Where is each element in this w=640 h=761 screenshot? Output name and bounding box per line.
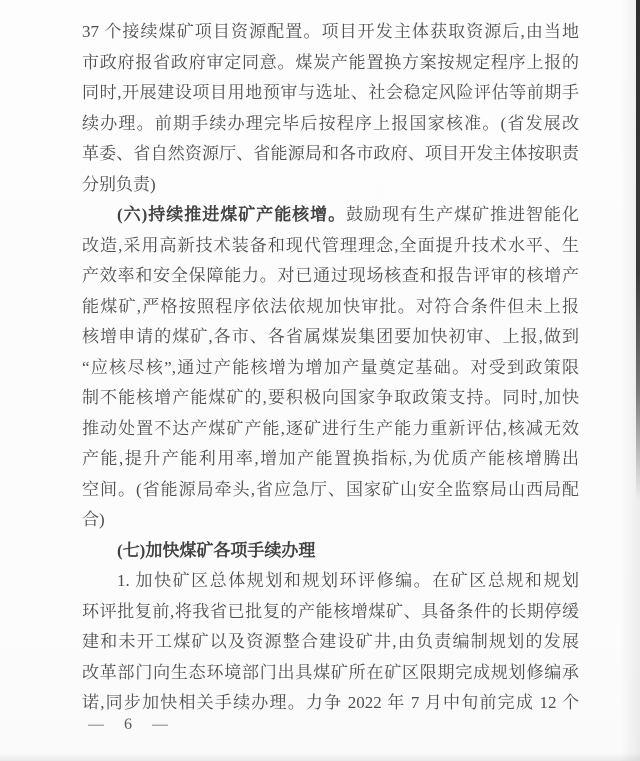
line-text: 能煤矿,严格按照程序依法依规加快审批。对符合条件但未上报: [82, 297, 579, 316]
text-line: 1. 加快矿区总体规划和规划环评修编。在矿区总规和规划: [82, 566, 579, 597]
text-line: 建和未开工煤矿以及资源整合建设矿井,由负责编制规划的发展: [82, 627, 579, 658]
line-text: 制不能核增产能煤矿的,要积极向国家争取政策支持。同时,加快: [82, 388, 579, 407]
text-line: 空间。(省能源局牵头,省应急厅、国家矿山安全监察局山西局配: [82, 475, 579, 506]
line-text: 合): [82, 510, 105, 529]
line-text: 推动处置不达产煤矿产能,逐矿进行生产能力重新评估,核减无效: [82, 419, 579, 438]
text-line: 产效率和安全保障能力。对已通过现场核查和报告评审的核增产: [82, 261, 579, 292]
text-line: 市政府报省政府审定同意。煤炭产能置换方案按规定程序上报的: [82, 48, 579, 79]
text-line: 续办理。前期手续办理完毕后按程序上报国家核准。(省发展改: [82, 109, 579, 140]
text-line: 分别负责): [82, 170, 579, 201]
line-text: 空间。(省能源局牵头,省应急厅、国家矿山安全监察局山西局配: [82, 480, 579, 499]
text-line: “应核尽核”,通过产能核增为增加产量奠定基础。对受到政策限: [82, 353, 579, 384]
line-text: 改革部门向生态环境部门出具煤矿所在矿区限期完成规划修编承: [82, 663, 579, 682]
paragraph-lead: (七)加快煤矿各项手续办理: [117, 541, 315, 560]
line-text: 建和未开工煤矿以及资源整合建设矿井,由负责编制规划的发展: [82, 632, 579, 651]
line-text: 鼓励现有生产煤矿推进智能化: [346, 205, 579, 224]
line-text: 环评批复前,将我省已批复的产能核增煤矿、具备条件的长期停缓: [82, 602, 579, 621]
line-text: 市政府报省政府审定同意。煤炭产能置换方案按规定程序上报的: [82, 53, 579, 72]
page-number: — 6 —: [88, 716, 173, 733]
line-text: 改造,采用高新技术装备和现代管理理念,全面提升技术水平、生: [82, 236, 579, 255]
line-text: 同时,开展建设项目用地预审与选址、社会稳定风险评估等前期手: [82, 83, 579, 102]
text-line: 合): [82, 505, 579, 536]
text-line: (六)持续推进煤矿产能核增。鼓励现有生产煤矿推进智能化: [82, 200, 579, 231]
document-page: 37 个接续煤矿项目资源配置。项目开发主体获取资源后,由当地市政府报省政府审定同…: [0, 0, 640, 761]
page-footer: — 6 —: [88, 712, 173, 738]
line-text: 分别负责): [82, 175, 156, 194]
line-text: 产能,提升产能利用率,增加产能置换指标,为优质产能核增腾出: [82, 449, 579, 468]
text-line: 产能,提升产能利用率,增加产能置换指标,为优质产能核增腾出: [82, 444, 579, 475]
text-line: 改造,采用高新技术装备和现代管理理念,全面提升技术水平、生: [82, 231, 579, 262]
line-text: 革委、省自然资源厅、省能源局和各市政府、项目开发主体按职责: [82, 144, 579, 163]
text-line: 改革部门向生态环境部门出具煤矿所在矿区限期完成规划修编承: [82, 658, 579, 689]
text-line: 同时,开展建设项目用地预审与选址、社会稳定风险评估等前期手: [82, 78, 579, 109]
text-line: 能煤矿,严格按照程序依法依规加快审批。对符合条件但未上报: [82, 292, 579, 323]
line-text: 诺,同步加快相关手续办理。力争 2022 年 7 月中旬前完成 12 个: [82, 693, 579, 712]
scan-right-edge-line: [636, 0, 640, 500]
text-line: 环评批复前,将我省已批复的产能核增煤矿、具备条件的长期停缓: [82, 597, 579, 628]
line-text: 37 个接续煤矿项目资源配置。项目开发主体获取资源后,由当地: [82, 22, 579, 41]
line-text: 产效率和安全保障能力。对已通过现场核查和报告评审的核增产: [82, 266, 579, 285]
text-line: 革委、省自然资源厅、省能源局和各市政府、项目开发主体按职责: [82, 139, 579, 170]
line-text: 核增申请的煤矿,各市、各省属煤炭集团要加快初审、上报,做到: [82, 327, 579, 346]
line-text: 续办理。前期手续办理完毕后按程序上报国家核准。(省发展改: [82, 114, 579, 133]
text-line: (七)加快煤矿各项手续办理: [82, 536, 579, 567]
text-line: 核增申请的煤矿,各市、各省属煤炭集团要加快初审、上报,做到: [82, 322, 579, 353]
text-line: 制不能核增产能煤矿的,要积极向国家争取政策支持。同时,加快: [82, 383, 579, 414]
document-body: 37 个接续煤矿项目资源配置。项目开发主体获取资源后,由当地市政府报省政府审定同…: [82, 17, 579, 719]
scan-bottom-shadow: [0, 753, 640, 761]
text-line: 37 个接续煤矿项目资源配置。项目开发主体获取资源后,由当地: [82, 17, 579, 48]
paragraph-lead: (六)持续推进煤矿产能核增。: [117, 205, 346, 224]
line-text: “应核尽核”,通过产能核增为增加产量奠定基础。对受到政策限: [82, 358, 579, 377]
text-line: 推动处置不达产煤矿产能,逐矿进行生产能力重新评估,核减无效: [82, 414, 579, 445]
line-text: 1. 加快矿区总体规划和规划环评修编。在矿区总规和规划: [117, 571, 579, 590]
scan-right-shadow: [620, 0, 640, 761]
